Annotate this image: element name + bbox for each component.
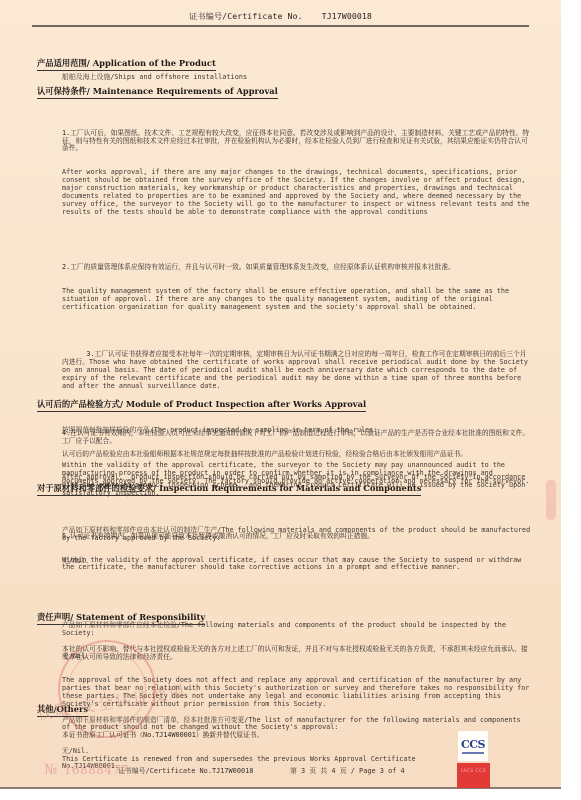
maintenance-item-3-en: Those who have obtained the certificate … — [62, 358, 532, 390]
maintenance-item-1-zh: 1.工厂认可后，如果图纸、技术文件、工艺规程有较大改变，应征得本社同意。若改变涉… — [62, 130, 532, 154]
certificate-number: TJ17W00018 — [322, 11, 372, 21]
application-text: 船舶及海上设施/Ships and offshore installations — [62, 71, 247, 81]
inspection-line1: 按照规范每批抽样检验的产品/The product inspected by s… — [62, 427, 532, 435]
maintenance-item-2-en: The quality management system of the fac… — [62, 288, 532, 312]
section-title-maintenance: 认可保持条件/ Maintenance Requirements of Appr… — [37, 85, 278, 99]
serial-symbol: № — [44, 762, 58, 778]
certificate-label: 证书编号/Certificate No. — [189, 11, 303, 21]
edge-stamp-mark — [546, 480, 556, 520]
certificate-header: 证书编号/Certificate No. TJ17W00018 — [0, 11, 561, 22]
section-title-materials: 对于原材料和零部件的检验要求/ Inspection Requirements … — [37, 482, 421, 496]
page-footer: №16888477 证书编号/Certificate No.TJ17W00018… — [0, 768, 561, 782]
ccs-logo-underline — [462, 752, 484, 754]
maintenance-item-2-zh: 2.工厂的质量管理体系应保持有效运行，并且与认可时一致。如果质量管理体系发生改变… — [62, 264, 532, 272]
header-divider — [32, 25, 529, 27]
materials-item-1-value: 无/Nil. — [62, 558, 532, 566]
section-title-application: 产品适用范围/ Application of the Product — [37, 57, 216, 71]
footer-certificate-number: 证书编号/Certificate No.TJ17W00018 — [118, 765, 253, 775]
inspection-zh: 认可后的产品检验应由本社验船师根据本社规范规定每批抽样按批准的产品检验计划进行检… — [62, 451, 532, 459]
maintenance-item-2: 2.工厂的质量管理体系应保持有效运行，并且与认可时一致。如果质量管理体系发生改变… — [62, 248, 532, 327]
section-title-inspection: 认可后的产品检验方式/ Module of Product Inspection… — [37, 398, 366, 412]
ccs-logo-text: CCS — [461, 738, 485, 751]
others-zh: 本证书由原工厂认可证书（No.TJ14W00001）换新并替代原证书。 — [62, 732, 462, 740]
materials-item-1: 产品如下原材料和零部件应由本社认可的制造厂生产/The following ma… — [62, 511, 532, 582]
materials-item-1-text: 产品如下原材料和零部件应由本社认可的制造厂生产/The following ma… — [62, 527, 532, 543]
page-indicator: 第 3 页 共 4 页 / Page 3 of 4 — [290, 765, 405, 775]
ccs-logo: CCS — [458, 731, 488, 761]
maintenance-item-1-en: After works approval, if there are any m… — [62, 169, 532, 216]
maintenance-item-3: 3.工厂认可证书获得者应接受本社每年一次的定期审核，定期审核日为认可证书期满之日… — [62, 343, 532, 398]
section-title-responsibility: 责任声明/ Statement of Responsibility — [37, 611, 205, 625]
serial-number: №16888477 — [44, 762, 129, 778]
certificate-page: 证书编号/Certificate No. TJ17W00018 产品适用范围/ … — [0, 0, 561, 789]
maintenance-item-1: 1.工厂认可后，如果图纸、技术文件、工艺规程有较大改变，应征得本社同意。若改变涉… — [62, 114, 532, 233]
